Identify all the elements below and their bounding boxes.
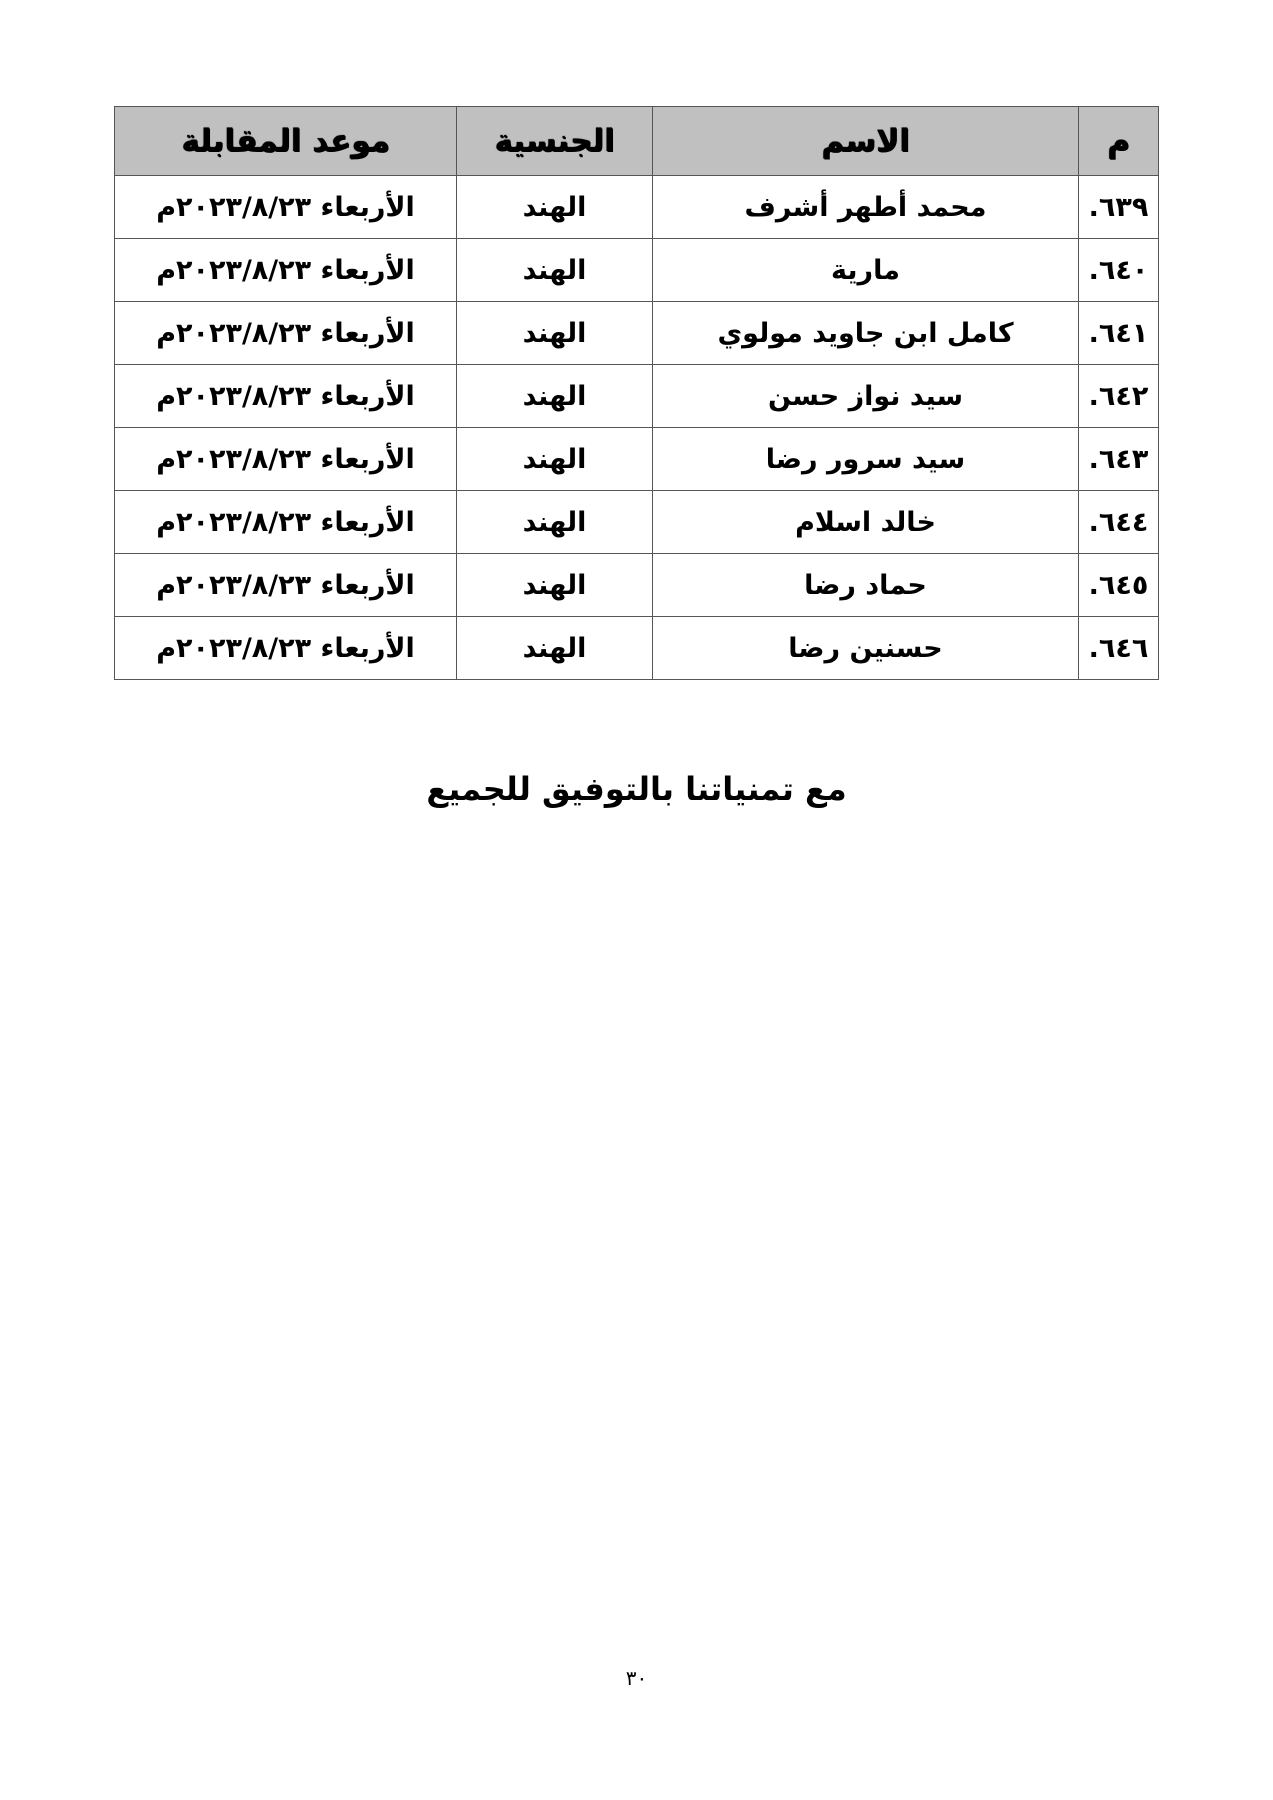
row-name: خالد اسلام (653, 491, 1079, 554)
table-header-row: م الاسم الجنسية موعد المقابلة (115, 107, 1159, 176)
row-number: ٦٤٦. (1079, 617, 1159, 680)
row-interview-date: الأربعاء ٢٠٢٣/٨/٢٣م (115, 176, 457, 239)
header-number: م (1079, 107, 1159, 176)
row-interview-date: الأربعاء ٢٠٢٣/٨/٢٣م (115, 491, 457, 554)
row-name: سيد نواز حسن (653, 365, 1079, 428)
row-nationality: الهند (457, 428, 653, 491)
table-row: ٦٤٦. حسنين رضا الهند الأربعاء ٢٠٢٣/٨/٢٣م (115, 617, 1159, 680)
table-row: ٦٤٢. سيد نواز حسن الهند الأربعاء ٢٠٢٣/٨/… (115, 365, 1159, 428)
row-number: ٦٣٩. (1079, 176, 1159, 239)
row-nationality: الهند (457, 302, 653, 365)
row-number: ٦٤٠. (1079, 239, 1159, 302)
row-name: سيد سرور رضا (653, 428, 1079, 491)
row-number: ٦٤٢. (1079, 365, 1159, 428)
row-name: حماد رضا (653, 554, 1079, 617)
row-nationality: الهند (457, 239, 653, 302)
header-nationality: الجنسية (457, 107, 653, 176)
row-nationality: الهند (457, 617, 653, 680)
row-nationality: الهند (457, 491, 653, 554)
row-nationality: الهند (457, 176, 653, 239)
row-interview-date: الأربعاء ٢٠٢٣/٨/٢٣م (115, 365, 457, 428)
header-interview-date: موعد المقابلة (115, 107, 457, 176)
row-name: حسنين رضا (653, 617, 1079, 680)
row-name: محمد أطهر أشرف (653, 176, 1079, 239)
table-row: ٦٤٤. خالد اسلام الهند الأربعاء ٢٠٢٣/٨/٢٣… (115, 491, 1159, 554)
header-name: الاسم (653, 107, 1079, 176)
row-number: ٦٤٥. (1079, 554, 1159, 617)
page-number: ٣٠ (0, 1666, 1273, 1690)
row-interview-date: الأربعاء ٢٠٢٣/٨/٢٣م (115, 617, 457, 680)
interview-schedule-table: م الاسم الجنسية موعد المقابلة ٦٣٩. محمد … (114, 106, 1159, 680)
row-name: كامل ابن جاويد مولوي (653, 302, 1079, 365)
closing-message: مع تمنياتنا بالتوفيق للجميع (0, 770, 1273, 808)
row-interview-date: الأربعاء ٢٠٢٣/٨/٢٣م (115, 302, 457, 365)
row-interview-date: الأربعاء ٢٠٢٣/٨/٢٣م (115, 554, 457, 617)
row-nationality: الهند (457, 365, 653, 428)
row-interview-date: الأربعاء ٢٠٢٣/٨/٢٣م (115, 428, 457, 491)
table-row: ٦٤٥. حماد رضا الهند الأربعاء ٢٠٢٣/٨/٢٣م (115, 554, 1159, 617)
row-number: ٦٤٣. (1079, 428, 1159, 491)
table-row: ٦٤٣. سيد سرور رضا الهند الأربعاء ٢٠٢٣/٨/… (115, 428, 1159, 491)
row-number: ٦٤٤. (1079, 491, 1159, 554)
row-interview-date: الأربعاء ٢٠٢٣/٨/٢٣م (115, 239, 457, 302)
row-name: مارية (653, 239, 1079, 302)
table-row: ٦٣٩. محمد أطهر أشرف الهند الأربعاء ٢٠٢٣/… (115, 176, 1159, 239)
row-nationality: الهند (457, 554, 653, 617)
table-row: ٦٤١. كامل ابن جاويد مولوي الهند الأربعاء… (115, 302, 1159, 365)
document-page: م الاسم الجنسية موعد المقابلة ٦٣٩. محمد … (0, 0, 1273, 1800)
table-row: ٦٤٠. مارية الهند الأربعاء ٢٠٢٣/٨/٢٣م (115, 239, 1159, 302)
row-number: ٦٤١. (1079, 302, 1159, 365)
